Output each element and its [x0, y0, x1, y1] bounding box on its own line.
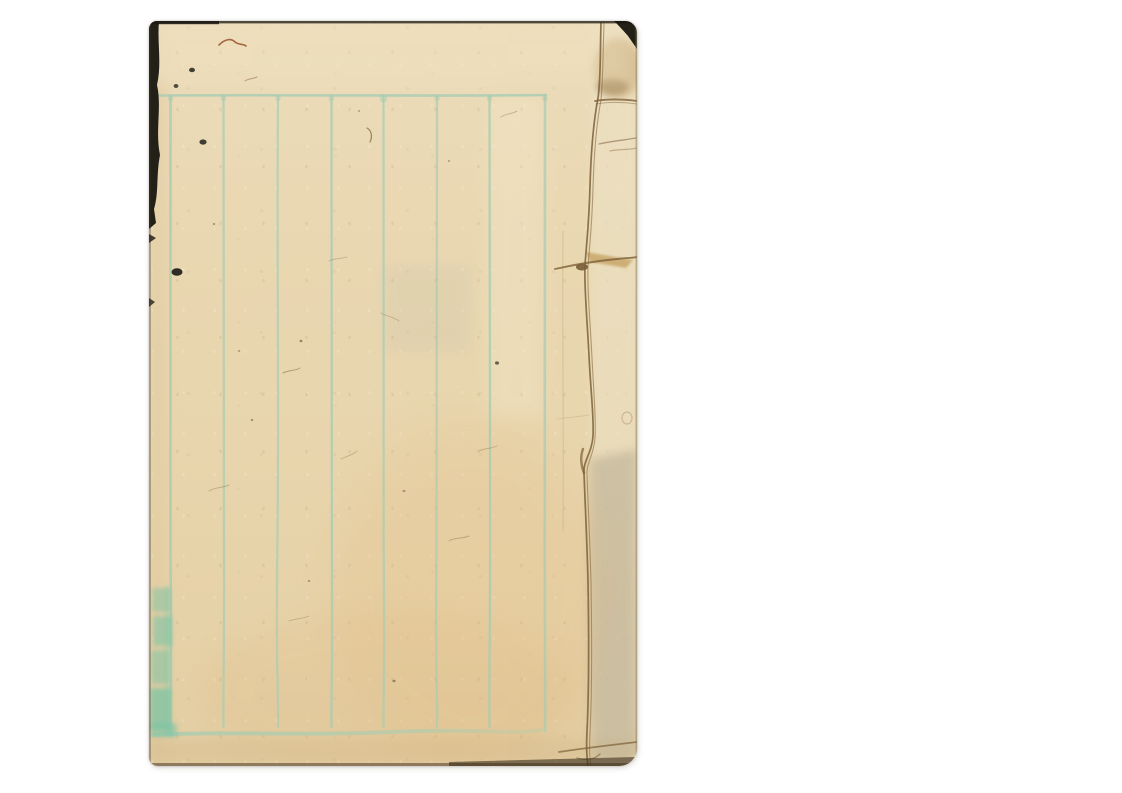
scan-backdrop [0, 0, 1122, 793]
page-artwork [149, 21, 637, 766]
book-page [149, 21, 637, 766]
stains-and-discoloration [149, 21, 637, 766]
green-stamp-offset [150, 586, 177, 737]
